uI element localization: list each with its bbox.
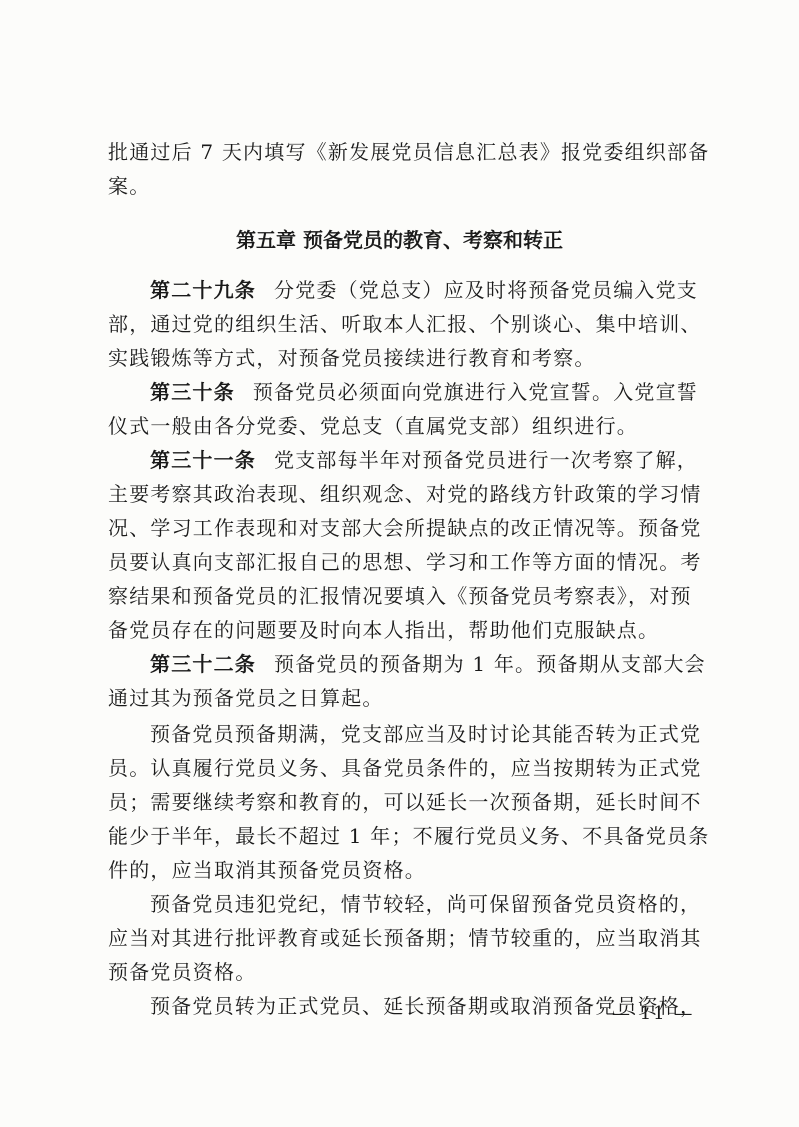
article-29-number: 第二十九条 [150, 278, 256, 302]
article-30-line-2: 仪式一般由各分党委、党总支（直属党支部）组织进行。 [108, 412, 688, 440]
article-31-line-6: 备党员存在的问题要及时向本人指出，帮助他们克服缺点。 [108, 616, 688, 644]
para-2-line-1: 预备党员违犯党纪，情节较轻，尚可保留预备党员资格的， [150, 890, 730, 918]
para-2-line-3: 预备党员资格。 [108, 958, 688, 986]
article-31-line-4: 员要认真向支部汇报自己的思想、学习和工作等方面的情况。考 [108, 548, 688, 576]
para-1-line-2: 员。认真履行党员义务、具备党员条件的，应当按期转为正式党 [108, 754, 688, 782]
chapter-heading: 第五章 预备党员的教育、考察和转正 [0, 226, 799, 254]
article-29-line-1: 第二十九条分党委（党总支）应及时将预备党员编入党支 [150, 276, 730, 304]
para-1-line-3: 员；需要继续考察和教育的，可以延长一次预备期，延长时间不 [108, 788, 688, 816]
article-31-number: 第三十一条 [150, 448, 256, 472]
article-32-number: 第三十二条 [150, 652, 256, 676]
article-30-number: 第三十条 [150, 380, 235, 404]
para-2-line-2: 应当对其进行批评教育或延长预备期；情节较重的，应当取消其 [108, 924, 688, 952]
article-29-line-2: 部，通过党的组织生活、听取本人汇报、个别谈心、集中培训、 [108, 310, 688, 338]
article-32-line-2: 通过其为预备党员之日算起。 [108, 684, 688, 712]
article-31-line-1: 第三十一条党支部每半年对预备党员进行一次考察了解， [150, 446, 730, 474]
para-1-line-1: 预备党员预备期满，党支部应当及时讨论其能否转为正式党 [150, 720, 730, 748]
para-1-line-5: 件的，应当取消其预备党员资格。 [108, 856, 688, 884]
page-number: — 11 — [612, 1002, 694, 1026]
document-page: 批通过后 7 天内填写《新发展党员信息汇总表》报党委组织部备 案。 第五章 预备… [0, 0, 799, 1127]
article-30-line-1: 第三十条预备党员必须面向党旗进行入党宣誓。入党宣誓 [150, 378, 730, 406]
intro-line-2: 案。 [108, 172, 688, 200]
article-32-line-1: 第三十二条预备党员的预备期为 1 年。预备期从支部大会 [150, 650, 730, 678]
intro-line-1: 批通过后 7 天内填写《新发展党员信息汇总表》报党委组织部备 [108, 138, 688, 166]
article-31-line-3: 况、学习工作表现和对支部大会所提缺点的改正情况等。预备党 [108, 514, 688, 542]
para-1-line-4: 能少于半年，最长不超过 1 年；不履行党员义务、不具备党员条 [108, 822, 688, 850]
article-31-line-5: 察结果和预备党员的汇报情况要填入《预备党员考察表》，对预 [108, 582, 688, 610]
article-31-line-2: 主要考察其政治表现、组织观念、对党的路线方针政策的学习情 [108, 480, 688, 508]
article-29-line-3: 实践锻炼等方式，对预备党员接续进行教育和考察。 [108, 344, 688, 372]
